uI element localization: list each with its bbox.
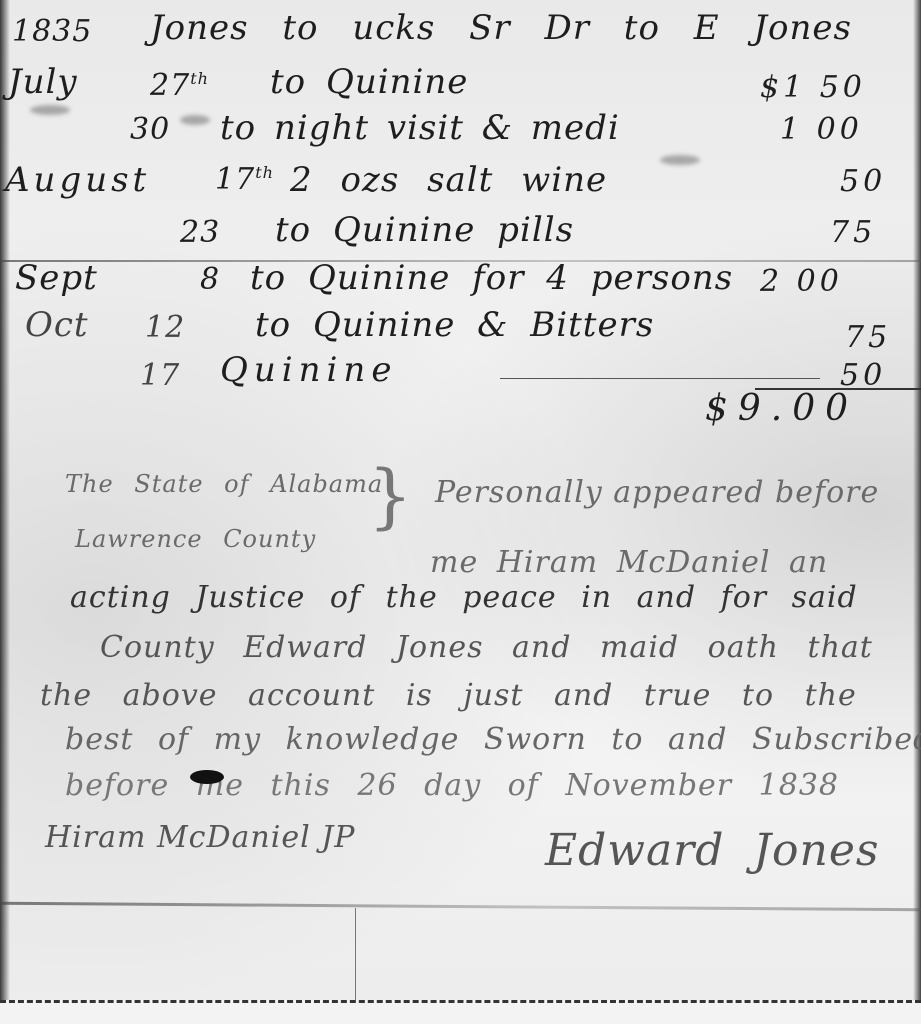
entry-amount: 50 bbox=[840, 164, 886, 199]
venue-county: Lawrence County bbox=[75, 525, 316, 553]
entry-description: to Quinine bbox=[270, 62, 468, 102]
entry-description: to Quinine & Bitters bbox=[255, 305, 654, 345]
entry-description: 2 ozs salt wine bbox=[290, 160, 607, 200]
entry-month: August bbox=[5, 160, 150, 200]
entry-day: 12 bbox=[145, 310, 185, 345]
ink-smudge bbox=[660, 155, 700, 165]
entry-month: July bbox=[8, 62, 78, 102]
fold-line bbox=[0, 902, 921, 911]
header-title: Jones to ucks Sr Dr to E Jones bbox=[150, 8, 852, 48]
entry-day: 23 bbox=[180, 215, 220, 250]
affidavit-line: the above account is just and true to th… bbox=[40, 678, 857, 713]
entry-amount: 2 00 bbox=[760, 264, 843, 299]
ink-smudge bbox=[30, 105, 70, 115]
entry-description: Quinine bbox=[220, 350, 397, 390]
affidavit-line: acting Justice of the peace in and for s… bbox=[70, 580, 858, 615]
justice-signature: Hiram McDaniel JP bbox=[45, 820, 355, 855]
entry-amount: 1 00 bbox=[780, 112, 863, 147]
entry-month: Oct bbox=[25, 305, 89, 345]
entry-description: to night visit & medi bbox=[220, 108, 620, 148]
affidavit-line: County Edward Jones and maid oath that bbox=[100, 630, 873, 665]
entry-day: 17 bbox=[140, 358, 180, 393]
account-total: $9.00 bbox=[705, 388, 858, 429]
entry-description: to Quinine pills bbox=[275, 210, 574, 250]
affidavit-line: best of my knowledge Sworn to and Subscr… bbox=[65, 722, 921, 757]
ink-smudge bbox=[180, 115, 210, 125]
entry-description: to Quinine for 4 persons bbox=[250, 258, 733, 298]
entry-month: Sept bbox=[15, 258, 98, 298]
header-year: 1835 bbox=[12, 14, 92, 49]
venue-brace: } bbox=[368, 455, 413, 537]
entry-day: 17th bbox=[215, 162, 274, 197]
entry-day: 27th bbox=[150, 68, 209, 103]
affiant-signature: Edward Jones bbox=[545, 825, 879, 876]
affidavit-line: before me this 26 day of November 1838 bbox=[65, 768, 839, 803]
venue-state: The State of Alabama bbox=[65, 470, 383, 498]
page-edge-left bbox=[0, 0, 10, 1024]
entry-amount: 75 bbox=[830, 215, 876, 250]
document-page: 1835 Jones to ucks Sr Dr to E Jones July… bbox=[0, 0, 921, 1024]
entry-day: 8 bbox=[200, 262, 220, 297]
entry-leader-line bbox=[500, 378, 820, 379]
entry-amount: $1 50 bbox=[760, 70, 866, 105]
entry-amount: 75 bbox=[845, 320, 891, 355]
page-edge-right bbox=[913, 0, 921, 1024]
ink-blot bbox=[190, 770, 224, 784]
entry-day: 30 bbox=[130, 112, 170, 147]
affidavit-line: me Hiram McDaniel an bbox=[430, 545, 828, 580]
page-bottom-edge bbox=[0, 1000, 921, 1024]
affidavit-line: Personally appeared before bbox=[435, 475, 879, 510]
paper-crease bbox=[355, 908, 356, 1003]
